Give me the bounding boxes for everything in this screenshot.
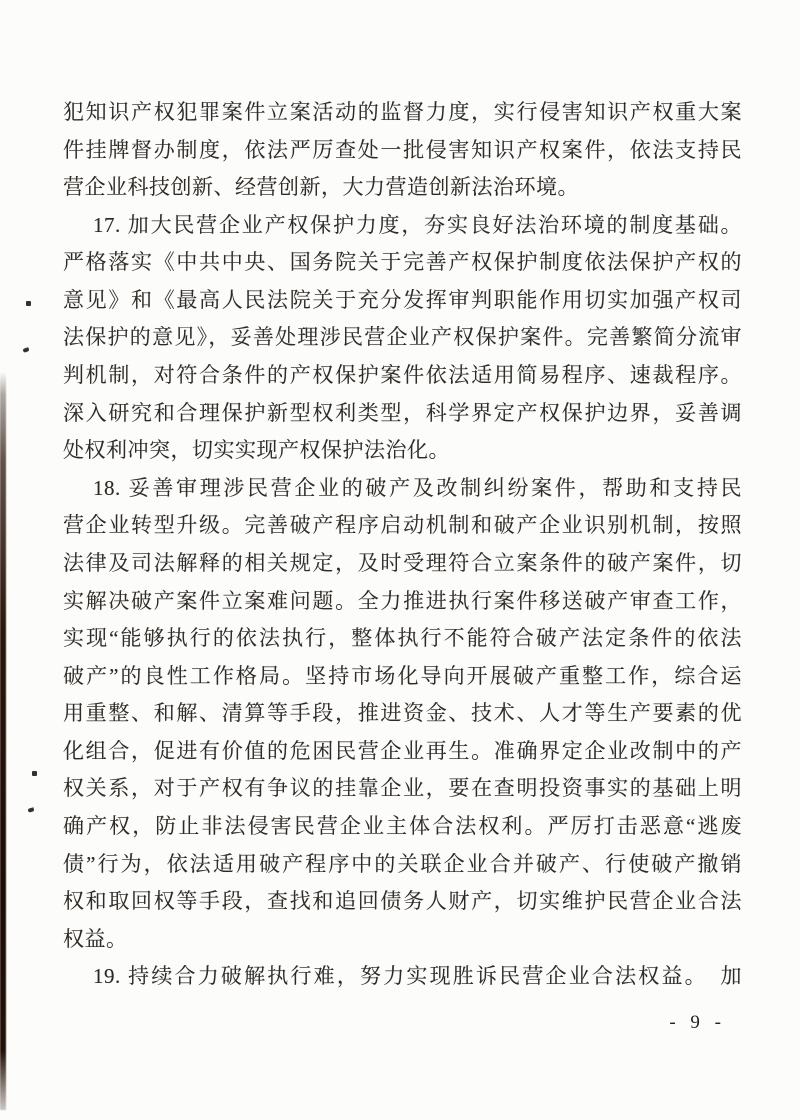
text-line: 犯知识产权犯罪案件立案活动的监督力度，实行侵害知识产权重大案: [63, 94, 742, 132]
text-line: 实解决破产案件立案难问题。全力推进执行案件移送破产审查工作，: [63, 583, 742, 621]
ink-dot-artifact: [26, 301, 31, 306]
text-line-item-18-start: 18. 妥善审理涉民营企业的破产及改制纠纷案件，帮助和支持民: [63, 470, 742, 508]
text-line: 严格落实《中共中央、国务院关于完善产权保护制度依法保护产权的: [63, 244, 742, 282]
text-line: 深入研究和合理保护新型权利类型，科学界定产权保护边界，妥善调: [63, 395, 742, 433]
text-line-item-17-start: 17. 加大民营企业产权保护力度，夯实良好法治环境的制度基础。: [63, 207, 742, 245]
binding-shadow-artifact: [0, 372, 6, 1110]
text-line: 确产权，防止非法侵害民营企业主体合法权利。严厉打击恶意“逃废: [63, 808, 742, 846]
text-line: 债”行为，依法适用破产程序中的关联企业合并破产、行使破产撤销: [63, 846, 742, 884]
document-body: 犯知识产权犯罪案件立案活动的监督力度，实行侵害知识产权重大案 件挂牌督办制度，依…: [63, 94, 742, 996]
text-line: 化组合，促进有价值的危困民营企业再生。准确界定企业改制中的产: [63, 733, 742, 771]
page-number: - 9 -: [669, 1012, 726, 1034]
text-line-item-19-start: 19. 持续合力破解执行难，努力实现胜诉民营企业合法权益。 加: [63, 958, 742, 996]
text-line: 权益。: [63, 921, 742, 959]
text-line: 权和取回权等手段，查找和追回债务人财产，切实维护民营企业合法: [63, 883, 742, 921]
text-line: 处权利冲突，切实实现产权保护法治化。: [63, 432, 742, 470]
text-line: 实现“能够执行的依法执行，整体执行不能符合破产法定条件的依法: [63, 620, 742, 658]
ink-dot-artifact: [22, 347, 29, 353]
text-line: 法律及司法解释的相关规定，及时受理符合立案条件的破产案件，切: [63, 545, 742, 583]
ink-dot-artifact: [32, 771, 37, 776]
text-line: 意见》和《最高人民法院关于充分发挥审判职能作用切实加强产权司: [63, 282, 742, 320]
ink-dot-artifact: [28, 807, 35, 812]
text-line: 件挂牌督办制度，依法严厉查处一批侵害知识产权案件，依法支持民: [63, 132, 742, 170]
text-line: 用重整、和解、清算等手段，推进资金、技术、人才等生产要素的优: [63, 695, 742, 733]
text-line: 法保护的意见》，妥善处理涉民营企业产权保护案件。完善繁简分流审: [63, 319, 742, 357]
text-line: 营企业科技创新、经营创新，大力营造创新法治环境。: [63, 169, 742, 207]
text-line: 权关系，对于产权有争议的挂靠企业，要在查明投资事实的基础上明: [63, 770, 742, 808]
text-line: 破产”的良性工作格局。坚持市场化导向开展破产重整工作，综合运: [63, 658, 742, 696]
text-line: 判机制，对符合条件的产权保护案件依法适用简易程序、速裁程序。: [63, 357, 742, 395]
text-line: 营企业转型升级。完善破产程序启动机制和破产企业识别机制，按照: [63, 507, 742, 545]
document-page: 犯知识产权犯罪案件立案活动的监督力度，实行侵害知识产权重大案 件挂牌督办制度，依…: [0, 0, 800, 1120]
